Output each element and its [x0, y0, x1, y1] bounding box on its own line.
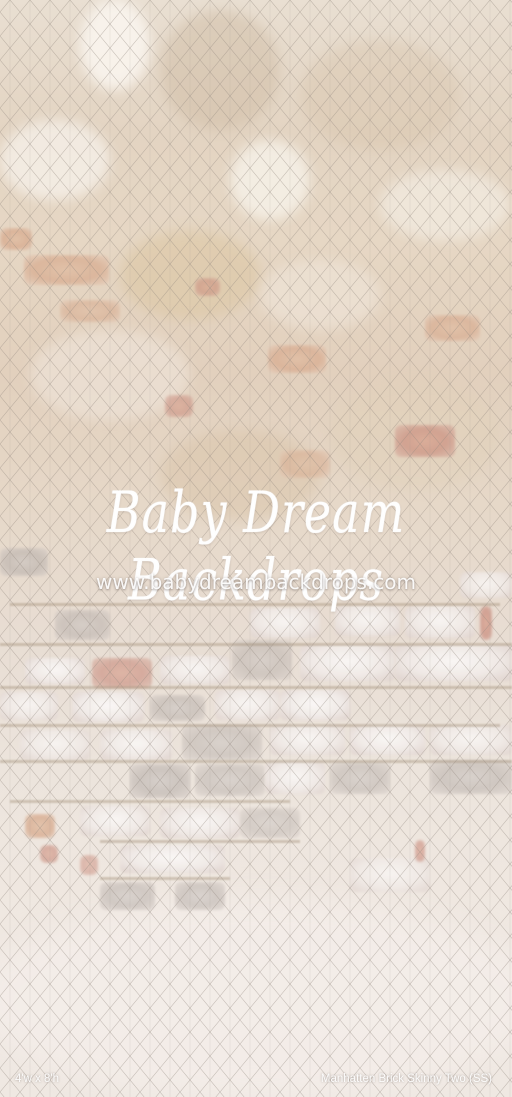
backdrop-image: Baby Dream Backdrops www.babydreambackdr…	[0, 0, 512, 1097]
size-caption: 4'w x 8'h	[15, 1073, 59, 1085]
product-name-caption: Manhatten Brick Skinny Two (SS)	[321, 1073, 492, 1085]
website-watermark: www.babydreambackdrops.com	[0, 570, 512, 594]
